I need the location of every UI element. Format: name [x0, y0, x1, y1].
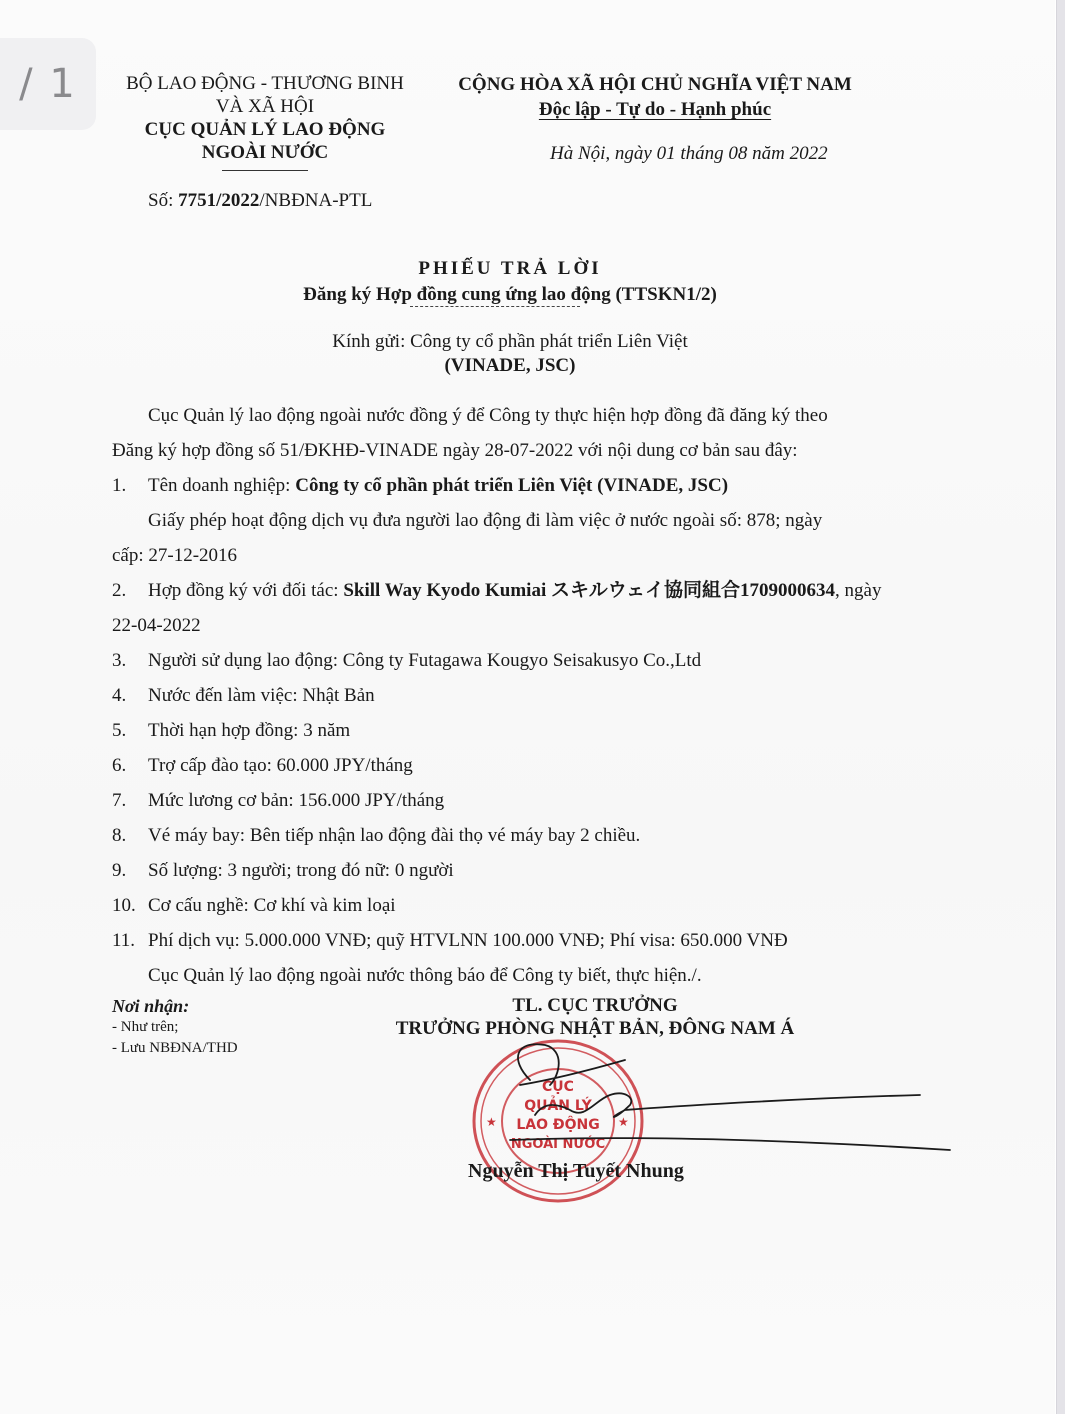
signer-name: Nguyễn Thị Tuyết Nhung	[468, 1160, 684, 1183]
recipient-item: - Như trên;	[112, 1017, 238, 1038]
signature-line1: TL. CỤC TRƯỞNG	[380, 994, 810, 1017]
intro-line1: Cục Quản lý lao động ngoài nước đồng ý đ…	[112, 398, 902, 433]
ministry-line1: BỘ LAO ĐỘNG - THƯƠNG BINH	[110, 72, 420, 95]
license-line1: Giấy phép hoạt động dịch vụ đưa người la…	[112, 503, 902, 538]
list-item: 11. Phí dịch vụ: 5.000.000 VNĐ; quỹ HTVL…	[112, 923, 902, 958]
list-item: 8. Vé máy bay: Bên tiếp nhận lao động đà…	[112, 818, 902, 853]
recipients-block: Nơi nhận: - Như trên; - Lưu NBĐNA/THD	[112, 996, 238, 1059]
national-header: CỘNG HÒA XÃ HỘI CHỦ NGHĨA VIỆT NAM Độc l…	[440, 72, 870, 122]
issuing-authority: BỘ LAO ĐỘNG - THƯƠNG BINH VÀ XÃ HỘI CỤC …	[110, 72, 420, 171]
recipient-line1: Kính gửi: Công ty cổ phần phát triển Liê…	[260, 330, 760, 354]
department-line1: CỤC QUẢN LÝ LAO ĐỘNG	[110, 118, 420, 141]
closing-statement: Cục Quản lý lao động ngoài nước thông bá…	[112, 958, 902, 993]
license-line2: cấp: 27-12-2016	[112, 538, 902, 573]
recipient-block: Kính gửi: Công ty cổ phần phát triển Liê…	[260, 330, 760, 378]
recipient-line2: (VINADE, JSC)	[260, 354, 760, 378]
title-divider	[410, 306, 580, 307]
recipient-item: - Lưu NBĐNA/THD	[112, 1038, 238, 1059]
document-title: PHIẾU TRẢ LỜI	[260, 258, 760, 280]
list-item: 6. Trợ cấp đào tạo: 60.000 JPY/tháng	[112, 748, 902, 783]
national-motto: Độc lập - Tự do - Hạnh phúc	[539, 99, 771, 120]
list-item: 3. Người sử dụng lao động: Công ty Futag…	[112, 643, 902, 678]
place-date: Hà Nội, ngày 01 tháng 08 năm 2022	[550, 143, 828, 165]
intro-line2: Đăng ký hợp đồng số 51/ĐKHĐ-VINADE ngày …	[112, 433, 902, 468]
handwritten-signature-icon	[490, 1040, 960, 1170]
list-item: 9. Số lượng: 3 người; trong đó nữ: 0 ngư…	[112, 853, 902, 888]
list-item: 7. Mức lương cơ bản: 156.000 JPY/tháng	[112, 783, 902, 818]
list-item: 10. Cơ cấu nghề: Cơ khí và kim loại	[112, 888, 902, 923]
partner-date: 22-04-2022	[112, 608, 902, 643]
list-item: 1. Tên doanh nghiệp: Công ty cổ phần phá…	[112, 468, 902, 503]
document-body: Cục Quản lý lao động ngoài nước đồng ý đ…	[112, 398, 902, 993]
nation-name: CỘNG HÒA XÃ HỘI CHỦ NGHĨA VIỆT NAM	[440, 72, 870, 97]
list-item: 2. Hợp đồng ký với đối tác: Skill Way Ky…	[112, 573, 902, 608]
ministry-line2: VÀ XÃ HỘI	[110, 95, 420, 118]
header-divider	[222, 170, 308, 171]
list-item: 5. Thời hạn hợp đồng: 3 năm	[112, 713, 902, 748]
signature-title: TL. CỤC TRƯỞNG TRƯỞNG PHÒNG NHẬT BẢN, ĐÔ…	[380, 994, 810, 1040]
viewer-scroll-edge[interactable]	[1056, 0, 1065, 1414]
document-subtitle: Đăng ký Hợp đồng cung ứng lao động (TTSK…	[230, 284, 790, 306]
list-item: 4. Nước đến làm việc: Nhật Bản	[112, 678, 902, 713]
page-indicator: / 1	[0, 38, 96, 130]
department-line2: NGOÀI NƯỚC	[110, 141, 420, 164]
document-number: Số: 7751/2022/NBĐNA-PTL	[148, 190, 372, 212]
recipients-heading: Nơi nhận:	[112, 996, 238, 1017]
